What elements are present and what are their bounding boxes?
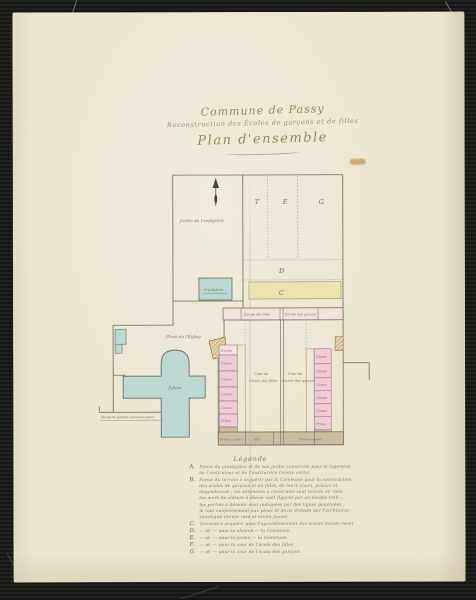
legend-entry-b: B. Partie du terrain à acquérir par la C… xyxy=(189,477,361,520)
courtyard-left-label-1: Cour de xyxy=(254,372,268,376)
room-label: Classe xyxy=(316,383,327,387)
plan-sheet: Commune de Passy Reconstruction des Écol… xyxy=(12,12,465,583)
route-label: Route de grande communication xyxy=(100,415,154,419)
room-label: Classe xyxy=(221,406,232,410)
legend-entry-a: A. Partie du presbytère et de son jardin… xyxy=(189,464,361,477)
center-dividing-wall xyxy=(281,320,284,432)
north-arrow xyxy=(213,178,219,206)
room-label: Classe xyxy=(221,393,232,397)
legend-letter: C. xyxy=(189,521,199,527)
legend-line: les murs de clôture à élever sont figuré… xyxy=(199,495,361,501)
hatched-patch-right xyxy=(335,337,343,351)
legend-letter: F. xyxy=(190,542,200,548)
legend-line: le tout conformément aux plans et devis … xyxy=(199,507,361,513)
room-label: Préau xyxy=(220,419,231,423)
parcel-letter-t: T xyxy=(255,198,260,206)
courtyard-right-label-2: l'école des garçons xyxy=(282,379,316,383)
yellow-parcel-strip xyxy=(249,282,341,299)
place-label: Place de l'Église xyxy=(165,334,201,339)
room-label: Classe xyxy=(221,362,232,366)
bottom-band-label-1: Préau couvert xyxy=(219,437,243,441)
legend-letter: A. xyxy=(189,464,199,470)
parcel-letter-g: G xyxy=(319,198,324,206)
legend-line: de l'instituteur et de l'institutrice (t… xyxy=(199,470,361,476)
courtyard-right-label-1: Cour de xyxy=(288,372,302,376)
parcel-letter-d: D xyxy=(278,267,285,275)
legend-line: — id. — pour le chemin — la Commune. xyxy=(199,528,361,534)
room-label: Entrée xyxy=(220,349,232,353)
document-plan-title: Plan d'ensemble xyxy=(172,129,352,149)
legend-entry-g: G. — id. — pour la cour de l'école des g… xyxy=(190,549,362,555)
bottom-band-label-2: W.C. xyxy=(254,437,261,441)
legend-line: soussigné (teinte rose et teinte jaune). xyxy=(199,513,361,519)
classroom-column-left: Entrée Classe Classe Classe Classe Préau… xyxy=(219,345,237,440)
legend-entry-e: E. — id. — pour le jardin — la Commune. xyxy=(189,535,361,541)
site-plan-drawing: T E G D C Jardin du Presbytère Presbytèr… xyxy=(93,167,394,463)
legend-entry-d: D. — id. — pour le chemin — la Commune. xyxy=(189,528,361,534)
church-label: Église xyxy=(167,385,182,390)
legend-letter: D. xyxy=(189,528,199,534)
small-building-a xyxy=(115,329,126,344)
room-label: Classe xyxy=(316,396,327,400)
top-band-left-label: Entrée des filles xyxy=(243,313,271,317)
classroom-column-right: Classe Classe Classe Classe Classe Préau… xyxy=(314,349,331,442)
room-label: Classe xyxy=(316,369,327,373)
covered-galleries xyxy=(237,320,314,432)
room-label: Classe xyxy=(316,409,327,413)
legend-entry-f: F. — id. — pour la cour de l'école des f… xyxy=(190,542,362,548)
legend-line: les parties à démolir sont indiquées par… xyxy=(199,501,361,507)
school-street-band: Entrée des filles Entrée des garçons xyxy=(223,308,343,320)
church-building xyxy=(123,350,205,437)
legend-line: — id. — pour la cour de l'école des fill… xyxy=(200,542,362,548)
orange-stain xyxy=(350,159,366,165)
legend-line: Terrains à acquérir pour l'agrandissemen… xyxy=(199,521,361,527)
legend-title: Légende xyxy=(233,455,361,463)
title-flourish xyxy=(226,150,300,156)
legend-entry-c: C. Terrains à acquérir pour l'agrandisse… xyxy=(189,521,361,527)
legend-line: — id. — pour le jardin — la Commune. xyxy=(199,535,361,541)
archival-photograph: { "title": { "line1": "Commune de Passy"… xyxy=(0,0,476,600)
school-bottom-band: Préau couvert W.C. Préau couvert xyxy=(218,432,343,445)
room-label: Classe xyxy=(316,355,327,359)
legend-letter: E. xyxy=(189,535,199,541)
legend-letter: B. xyxy=(189,477,199,483)
parcel-divider-lines xyxy=(244,176,342,280)
room-label: Classe xyxy=(221,378,232,382)
legend-letter: G. xyxy=(190,549,200,555)
bottom-band-label-3: Préau couvert xyxy=(298,437,322,441)
backdrop-scratch xyxy=(181,586,219,599)
legend-block: Légende A. Partie du presbytère et de so… xyxy=(189,455,361,557)
top-band-right-label: Entrée des garçons xyxy=(284,312,317,316)
parcel-letter-e: E xyxy=(282,198,288,206)
parcel-letter-c: C xyxy=(279,289,284,297)
presbytere-label: Presbytère xyxy=(203,288,223,292)
small-building-b xyxy=(115,344,122,353)
courtyard-left-label-2: l'école des filles xyxy=(249,379,277,383)
room-label: Préau xyxy=(315,422,326,426)
legend-line: — id. — pour la cour de l'école des garç… xyxy=(200,549,362,555)
garden-label: Jardin du Presbytère xyxy=(179,218,225,223)
